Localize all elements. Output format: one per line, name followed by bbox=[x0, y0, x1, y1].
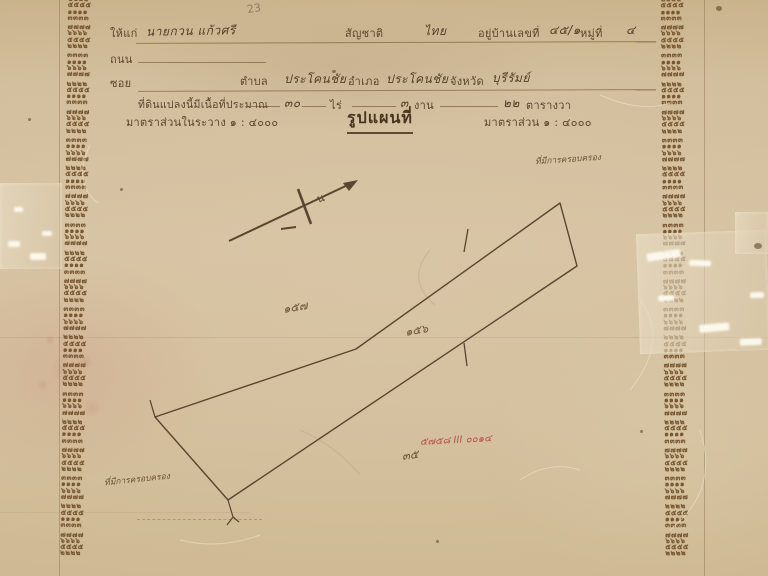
boundary-tick bbox=[150, 400, 155, 417]
tape-patch-right-top bbox=[735, 212, 768, 254]
parcel-number-left: ๑๕๗ bbox=[282, 297, 309, 319]
border-glyph-row: ๗๗๗๗ bbox=[61, 494, 105, 501]
ink-speck bbox=[436, 540, 439, 543]
border-glyph-row: ๓๓๓๓ bbox=[61, 522, 105, 529]
grantee-name: นายกวน แก้วศรี bbox=[146, 21, 236, 42]
paper-scratches bbox=[83, 95, 706, 544]
border-glyph-row: ๒๒๒๒ bbox=[662, 127, 706, 134]
left-border-rule bbox=[59, 0, 60, 576]
house-no-value: ๔๕/๑ bbox=[549, 21, 581, 40]
border-glyph-row: ๓๓๓๓ bbox=[665, 522, 709, 529]
border-glyph-block: ๒๒๒๒๕๕๕๕๑๑๑๑๓๓๓๓ bbox=[664, 419, 708, 445]
moo-value: ๔ bbox=[626, 21, 636, 40]
scale-right-text: มาตราส่วน ๑ : ๔๐๐๐ bbox=[484, 113, 592, 131]
border-glyph-block: ๗๗๗๗๖๖๖๖๕๕๕๕๒๒๒๒ bbox=[664, 362, 708, 388]
border-glyph-row: ๒๒๒๒ bbox=[665, 466, 709, 473]
map-title: รูปแผนที่ bbox=[347, 106, 413, 134]
label-amphoe: อำเภอ bbox=[348, 72, 380, 90]
border-glyph-row: ๓๓๓๓ bbox=[664, 438, 708, 445]
border-glyph-row: ๓๓๓๓ bbox=[661, 15, 705, 22]
pink-stain bbox=[8, 295, 148, 445]
border-glyph-row: ๒๒๒๒ bbox=[61, 466, 105, 473]
paper-crease-2 bbox=[0, 512, 250, 513]
border-glyph-block: ๓๓๓๓๑๑๑๑๖๖๖๖๗๗๗๗ bbox=[61, 475, 105, 501]
border-glyph-block: ๓๓๓๓๑๑๑๑๖๖๖๖๗๗๗๗ bbox=[67, 52, 111, 78]
ink-speck bbox=[754, 243, 762, 249]
boundary-tick bbox=[464, 229, 468, 252]
border-glyph-row: ๓๓๓๓ bbox=[664, 353, 708, 360]
border-glyph-block: ๗๗๗๗๖๖๖๖๕๕๕๕๒๒๒๒ bbox=[665, 531, 709, 557]
rai-value: ๓๐ bbox=[284, 94, 301, 113]
border-glyph-block: ๗๗๗๗๖๖๖๖๕๕๕๕๒๒๒๒ bbox=[65, 193, 109, 219]
border-glyph-row: ๗๗๗๗ bbox=[664, 409, 708, 416]
border-glyph-row: ๒๒๒๒ bbox=[67, 43, 111, 50]
border-glyph-row: ๓๓๓๓ bbox=[661, 99, 705, 106]
border-glyph-block: ๗๗๗๗๖๖๖๖๕๕๕๕๒๒๒๒ bbox=[60, 531, 104, 557]
line3-underline bbox=[138, 89, 656, 92]
note-top-right: ที่มีการครอบครอง bbox=[535, 150, 602, 169]
border-glyph-row: ๗๗๗๗ bbox=[661, 71, 705, 78]
border-glyph-block: ๗๗๗๗๖๖๖๖๕๕๕๕๒๒๒๒ bbox=[662, 109, 706, 135]
ink-speck bbox=[28, 118, 31, 121]
border-glyph-row: ๒๒๒๒ bbox=[661, 43, 705, 50]
border-glyph-row: ๒๒๒๒ bbox=[65, 212, 109, 219]
ink-speck bbox=[332, 70, 336, 73]
border-glyph-block: ๒๒๒๒๕๕๕๕๑๑๑๑๓๓๓๓ bbox=[64, 249, 108, 275]
north-letter: น bbox=[315, 191, 327, 206]
border-glyph-block: ๒๒๒๒๕๕๕๕๑๑๑๑๓๓๓๓ bbox=[61, 503, 105, 529]
label-moo: หมู่ที่ bbox=[580, 24, 603, 42]
border-glyph-row: ๓๓๓๓ bbox=[68, 15, 112, 22]
boundary-tick-marks bbox=[150, 229, 468, 522]
border-glyph-row: ๒๒๒๒ bbox=[665, 550, 709, 557]
tape-patch-left bbox=[0, 183, 62, 269]
label-nationality: สัญชาติ bbox=[345, 24, 383, 42]
label-road: ถนน bbox=[110, 50, 133, 68]
border-glyph-block: ๓๓๓๓๑๑๑๑๖๖๖๖๗๗๗๗ bbox=[665, 475, 709, 501]
area-dash-4 bbox=[440, 106, 498, 107]
border-glyph-row: ๒๒๒๒ bbox=[664, 381, 708, 388]
border-glyph-block: ๒๒๒๒๕๕๕๕๑๑๑๑๓๓๓๓ bbox=[65, 165, 109, 191]
border-glyph-row: ๗๗๗๗ bbox=[662, 156, 706, 163]
border-glyph-row: ๓๓๓๓ bbox=[64, 268, 108, 275]
sheet-ref-red-stamp: ๕๗๕๘ III ๐๐๑๔ bbox=[420, 431, 492, 450]
road-blank-line bbox=[138, 62, 266, 63]
border-glyph-block: ๗๗๗๗๖๖๖๖๕๕๕๕๒๒๒๒ bbox=[66, 108, 110, 134]
border-glyph-row: ๗๗๗๗ bbox=[66, 156, 110, 163]
boundary-tick bbox=[464, 343, 467, 366]
label-area: ที่ดินแปลงนี้มีเนื้อที่ประมาณ bbox=[138, 96, 268, 113]
wa-value: ๒๒ bbox=[503, 94, 520, 113]
nationality-value: ไทย bbox=[424, 22, 446, 41]
label-ngan: งาน bbox=[414, 96, 434, 114]
border-glyph-block: ๒๒๒๒๕๕๕๕๑๑๑๑๓๓๓๓ bbox=[68, 0, 112, 22]
border-glyph-row: ๓๓๓๓ bbox=[662, 184, 706, 191]
ink-speck bbox=[640, 430, 643, 433]
area-dash-2 bbox=[302, 106, 326, 107]
pencil-dash-line bbox=[137, 519, 262, 520]
pencil-note: 23 bbox=[246, 1, 262, 16]
border-glyph-block: ๒๒๒๒๕๕๕๕๑๑๑๑๓๓๓๓ bbox=[662, 165, 706, 191]
border-glyph-block: ๓๓๓๓๑๑๑๑๖๖๖๖๗๗๗๗ bbox=[661, 52, 705, 78]
border-glyph-block: ๓๓๓๓๑๑๑๑๖๖๖๖๗๗๗๗ bbox=[662, 137, 706, 163]
border-glyph-block: ๗๗๗๗๖๖๖๖๕๕๕๕๒๒๒๒ bbox=[664, 447, 708, 473]
parcel-number-center: ๑๕๖ bbox=[404, 320, 430, 342]
border-glyph-row: ๒๒๒๒ bbox=[662, 212, 706, 219]
border-glyph-row: ๒๒๒๒ bbox=[60, 550, 104, 557]
label-province: จังหวัด bbox=[450, 72, 484, 90]
parcel-boundary bbox=[155, 203, 577, 500]
border-glyph-row: ๓๓๓๓ bbox=[65, 184, 109, 191]
border-glyph-block: ๗๗๗๗๖๖๖๖๕๕๕๕๒๒๒๒ bbox=[662, 193, 706, 219]
border-glyph-block: ๒๒๒๒๕๕๕๕๑๑๑๑๓๓๓๓ bbox=[661, 0, 705, 21]
border-glyph-block: ๓๓๓๓๑๑๑๑๖๖๖๖๗๗๗๗ bbox=[66, 137, 110, 163]
ink-speck bbox=[716, 6, 722, 11]
border-glyph-block: ๓๓๓๓๑๑๑๑๖๖๖๖๗๗๗๗ bbox=[64, 221, 108, 247]
border-glyph-block: ๒๒๒๒๕๕๕๕๑๑๑๑๓๓๓๓ bbox=[66, 80, 110, 106]
tambon-value: ประโคนชัย bbox=[284, 70, 346, 89]
scale-left-text: มาตราส่วนในระวาง ๑ : ๔๐๐๐ bbox=[126, 113, 278, 131]
label-soi: ซอย bbox=[110, 74, 131, 92]
label-wa: ตารางวา bbox=[526, 96, 571, 114]
border-glyph-row: ๗๗๗๗ bbox=[67, 71, 111, 78]
label-given-to: ให้แก่ bbox=[110, 24, 138, 42]
province-value: บุรีรัมย์ bbox=[492, 69, 530, 88]
area-dash-1 bbox=[248, 106, 280, 107]
border-glyph-row: ๓๓๓๓ bbox=[66, 99, 110, 106]
land-deed-scan: ๒๒๒๒๕๕๕๕๑๑๑๑๓๓๓๓๗๗๗๗๖๖๖๖๕๕๕๕๒๒๒๒๓๓๓๓๑๑๑๑… bbox=[0, 0, 768, 576]
parcel-number-bottom: ๓๕ bbox=[401, 446, 420, 466]
label-rai: ไร่ bbox=[330, 96, 342, 114]
amphoe-value: ประโคนชัย bbox=[386, 70, 448, 89]
line1-underline bbox=[136, 41, 656, 44]
border-glyph-block: ๗๗๗๗๖๖๖๖๕๕๕๕๒๒๒๒ bbox=[661, 24, 705, 50]
border-glyph-row: ๗๗๗๗ bbox=[665, 494, 709, 501]
label-house-no: อยู่บ้านเลขที่ bbox=[478, 24, 540, 42]
ink-speck bbox=[120, 188, 123, 191]
border-glyph-block: ๒๒๒๒๕๕๕๕๑๑๑๑๓๓๓๓ bbox=[665, 503, 709, 529]
border-glyph-block: ๓๓๓๓๑๑๑๑๖๖๖๖๗๗๗๗ bbox=[664, 390, 708, 416]
border-glyph-block: ๗๗๗๗๖๖๖๖๕๕๕๕๒๒๒๒ bbox=[67, 24, 111, 50]
label-tambon: ตำบล bbox=[240, 72, 268, 90]
border-glyph-row: ๗๗๗๗ bbox=[64, 240, 108, 247]
border-glyph-block: ๗๗๗๗๖๖๖๖๕๕๕๕๒๒๒๒ bbox=[61, 447, 105, 473]
border-glyph-row: ๒๒๒๒ bbox=[66, 127, 110, 134]
north-arrow: น bbox=[229, 180, 358, 241]
note-bottom-left: ที่มีการครอบครอง bbox=[103, 469, 170, 490]
north-arrowhead bbox=[343, 180, 358, 191]
border-glyph-block: ๒๒๒๒๕๕๕๕๑๑๑๑๓๓๓๓ bbox=[661, 80, 705, 106]
